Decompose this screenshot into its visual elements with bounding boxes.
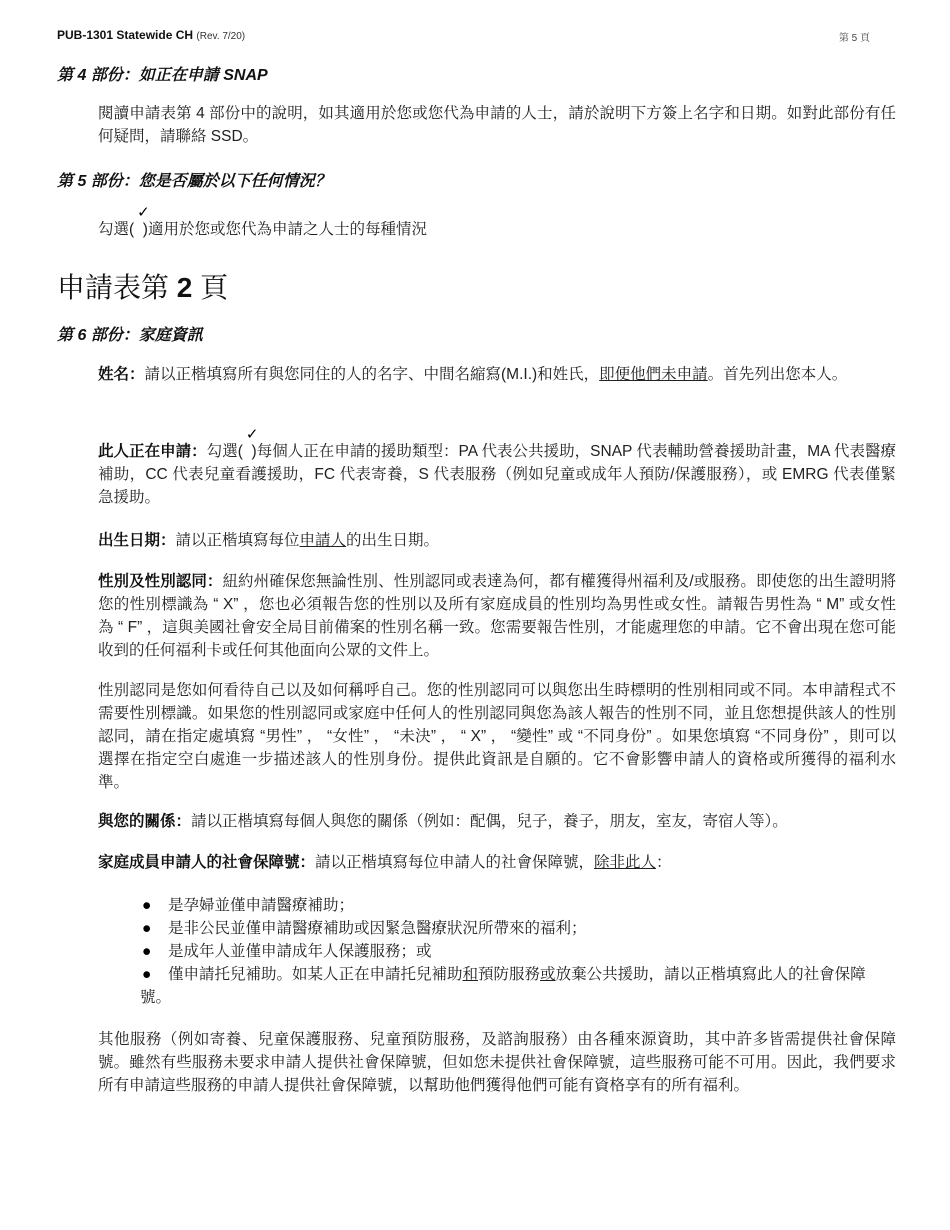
other-services-note: 其他服務（例如寄養、兒童保護服務、兒童預防服務，及諮詢服務）由各種來源資助，其中… bbox=[98, 1028, 896, 1097]
section-4-title: 第 4 部份：如正在申請 SNAP bbox=[57, 62, 268, 85]
heading-number: 2 bbox=[177, 272, 193, 303]
applying-check-prefix: 勾選( bbox=[207, 443, 243, 460]
name-instructions: 姓名：請以正楷填寫所有與您同住的人的名字、中間名縮寫(M.I.)和姓氏，即便他們… bbox=[98, 363, 896, 386]
dob-label: 出生日期： bbox=[98, 532, 176, 549]
check-slot: ✓ bbox=[243, 440, 252, 463]
relationship-label: 與您的關係： bbox=[98, 813, 191, 830]
check-suffix: )適用於您或您代為申請之人士的每種情況 bbox=[143, 221, 427, 238]
heading-prefix: 申請表第 bbox=[57, 272, 177, 303]
dob-text: 請以正楷填寫每位 bbox=[176, 532, 300, 549]
form-id-text: PUB-1301 Statewide CH bbox=[57, 28, 193, 42]
section-5-instruction: 勾選( ✓)適用於您或您代為申請之人士的每種情況 bbox=[98, 218, 896, 241]
bullet-icon: ● bbox=[142, 963, 151, 986]
list-item-text: 僅申請托兒補助。如某人正在申請托兒補助 bbox=[168, 966, 463, 983]
check-prefix: 勾選( bbox=[98, 221, 134, 238]
relationship-text: 請以正楷填寫每個人與您的關係（例如：配偶，兒子，養子，朋友，室友，寄宿人等）。 bbox=[191, 813, 788, 830]
underlined-or: 或 bbox=[540, 966, 556, 983]
heading-suffix: 頁 bbox=[192, 272, 228, 303]
form-id: PUB-1301 Statewide CH (Rev. 7/20) bbox=[57, 28, 245, 42]
ssn-instructions: 家庭成員申請人的社會保障號：請以正楷填寫每位申請人的社會保障號，除非此人： bbox=[98, 851, 896, 874]
checkmark-icon: ✓ bbox=[137, 201, 150, 224]
gender-identity-instructions: 性別認同是您如何看待自己以及如何稱呼自己。您的性別認同可以與您出生時標明的性別相… bbox=[98, 679, 896, 794]
bullet-icon: ● bbox=[142, 894, 151, 917]
list-item: ● 是孕婦並僅申請醫療補助； bbox=[140, 894, 896, 917]
list-item: ● 是成年人並僅申請成年人保護服務；或 bbox=[140, 940, 896, 963]
checkmark-icon: ✓ bbox=[246, 423, 259, 446]
applying-label: 此人正在申請： bbox=[98, 443, 207, 460]
section-4-body: 閱讀申請表第 4 部份中的說明，如其適用於您或您代為申請的人士，請於說明下方簽上… bbox=[98, 102, 896, 148]
form-revision: (Rev. 7/20) bbox=[196, 31, 245, 42]
applying-instructions: 此人正在申請：勾選( ✓)每個人正在申請的援助類型：PA 代表公共援助，SNAP… bbox=[98, 440, 896, 509]
application-page-2-heading: 申請表第 2 頁 bbox=[57, 266, 228, 306]
name-underlined: 即便他們未申請 bbox=[599, 366, 708, 383]
section-5-title: 第 5 部份：您是否屬於以下任何情況？ bbox=[57, 168, 331, 191]
underlined-and: 和 bbox=[463, 966, 479, 983]
list-item-text: 是孕婦並僅申請醫療補助； bbox=[168, 897, 354, 914]
gender-instructions: 性別及性別認同：紐約州確保您無論性別、性別認同或表達為何，都有權獲得州福利及/或… bbox=[98, 570, 896, 662]
dob-instructions: 出生日期：請以正楷填寫每位申請人的出生日期。 bbox=[98, 529, 896, 552]
list-item: ●僅申請托兒補助。如某人正在申請托兒補助和預防服務或放棄公共援助，請以正楷填寫此… bbox=[140, 963, 896, 1009]
name-label: 姓名： bbox=[98, 366, 145, 383]
page-header: PUB-1301 Statewide CH (Rev. 7/20) 第 5 頁 bbox=[57, 28, 870, 44]
ssn-label: 家庭成員申請人的社會保障號： bbox=[98, 854, 315, 871]
ssn-underlined: 除非此人 bbox=[594, 854, 656, 871]
ssn-text-after: ： bbox=[656, 854, 672, 871]
name-text-after: 。首先列出您本人。 bbox=[708, 366, 848, 383]
bullet-icon: ● bbox=[142, 917, 151, 940]
list-item-text: 是非公民並僅申請醫療補助或因緊急醫療狀況所帶來的福利； bbox=[168, 920, 587, 937]
check-slot: ✓ bbox=[134, 218, 143, 241]
name-text: 請以正楷填寫所有與您同住的人的名字、中間名縮寫(M.I.)和姓氏， bbox=[145, 366, 600, 383]
page-number: 第 5 頁 bbox=[839, 29, 870, 44]
ssn-text: 請以正楷填寫每位申請人的社會保障號， bbox=[315, 854, 594, 871]
dob-text-after: 的出生日期。 bbox=[346, 532, 439, 549]
section-6-title: 第 6 部份：家庭資訊 bbox=[57, 322, 203, 345]
relationship-instructions: 與您的關係：請以正楷填寫每個人與您的關係（例如：配偶，兒子，養子，朋友，室友，寄… bbox=[98, 810, 896, 833]
ssn-exceptions-list: ● 是孕婦並僅申請醫療補助； ● 是非公民並僅申請醫療補助或因緊急醫療狀況所帶來… bbox=[140, 894, 896, 1009]
bullet-icon: ● bbox=[142, 940, 151, 963]
dob-underlined: 申請人 bbox=[300, 532, 347, 549]
list-item-text: 是成年人並僅申請成年人保護服務；或 bbox=[168, 943, 432, 960]
list-item-text: 預防服務 bbox=[478, 966, 540, 983]
list-item: ● 是非公民並僅申請醫療補助或因緊急醫療狀況所帶來的福利； bbox=[140, 917, 896, 940]
gender-label: 性別及性別認同： bbox=[98, 573, 223, 590]
